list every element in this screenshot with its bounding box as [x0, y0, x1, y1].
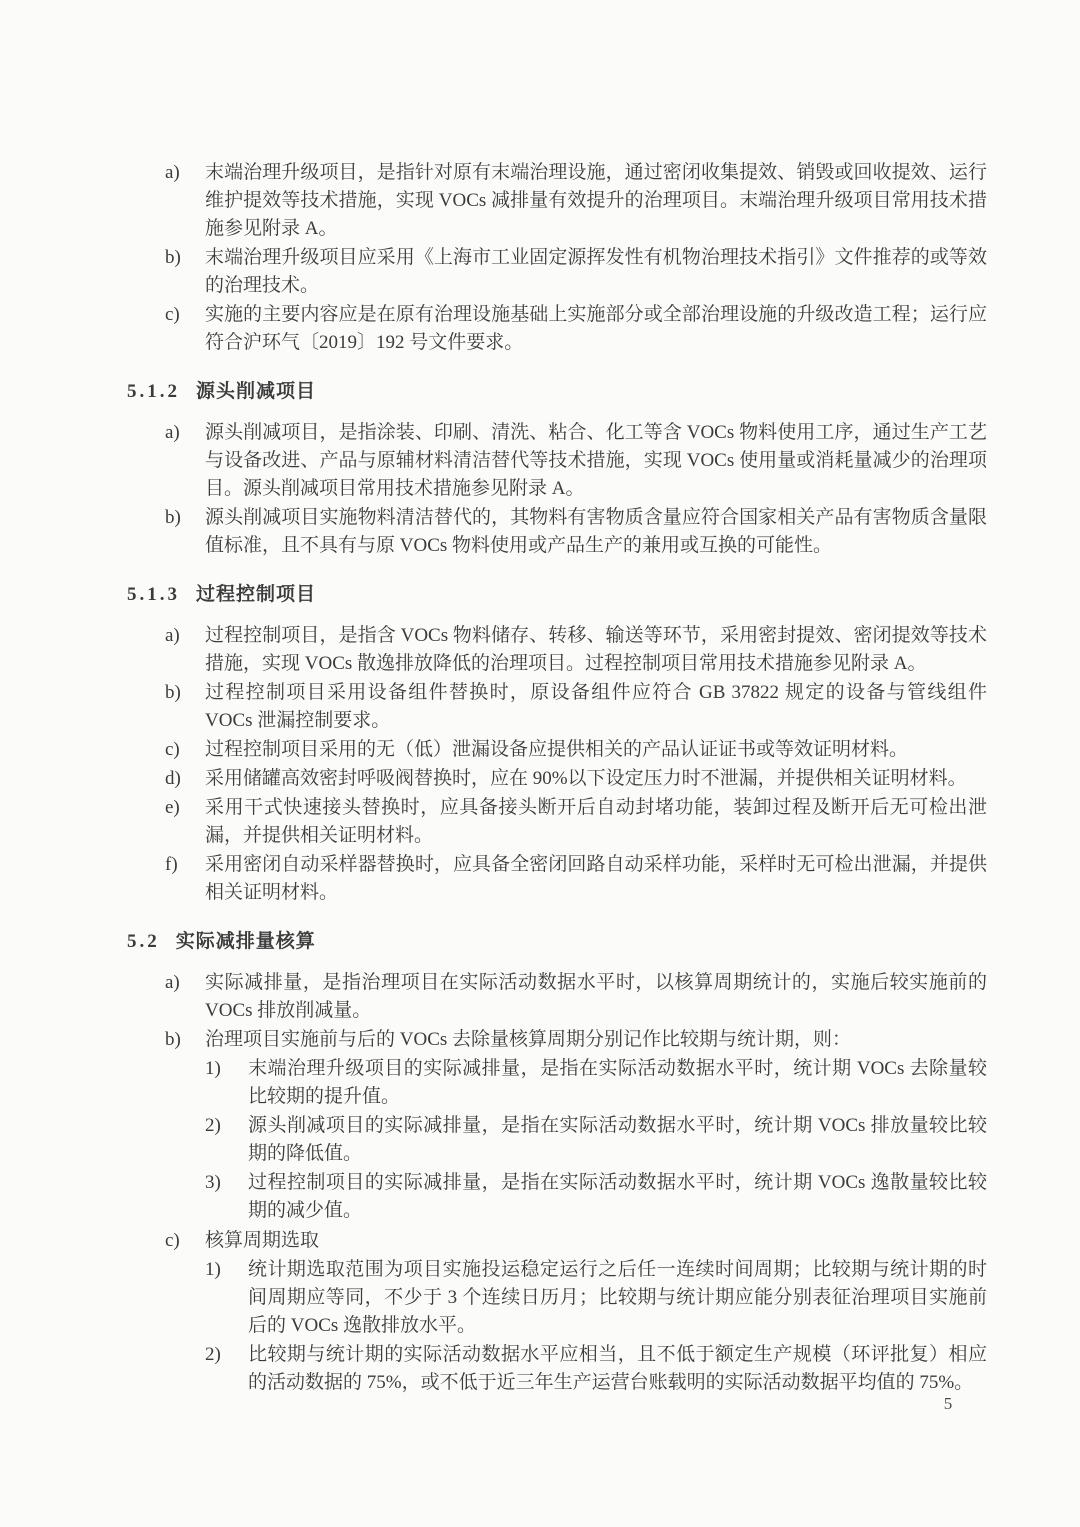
item-label: c)	[165, 1227, 205, 1398]
item-text: 采用干式快速接头替换时，应具备接头断开后自动封堵功能，装卸过程及断开后无可检出泄…	[205, 794, 987, 850]
section-title: 源头削减项目	[196, 381, 316, 402]
item-text: 实施的主要内容应是在原有治理设施基础上实施部分或全部治理设施的升级改造工程；运行…	[205, 301, 987, 357]
subitem-text: 末端治理升级项目的实际减排量，是指在实际活动数据水平时，统计期 VOCs 去除量…	[248, 1055, 987, 1111]
page-number: 5	[908, 1394, 988, 1414]
list-item-a: a) 实际减排量，是指治理项目在实际活动数据水平时，以核算周期统计的，实施后较实…	[165, 969, 987, 1025]
list-item-e: e) 采用干式快速接头替换时，应具备接头断开后自动封堵功能，装卸过程及断开后无可…	[165, 794, 987, 850]
list-item-b: b) 治理项目实施前与后的 VOCs 去除量核算周期分别记作比较期与统计期，则：…	[165, 1026, 987, 1226]
section-heading-5-1-3: 5.1.3过程控制项目	[127, 581, 987, 609]
section-5-2-list: a) 实际减排量，是指治理项目在实际活动数据水平时，以核算周期统计的，实施后较实…	[165, 969, 987, 1398]
list-item-a: a) 源头削减项目，是指涂装、印刷、清洗、粘合、化工等含 VOCs 物料使用工序…	[165, 419, 987, 503]
item-label: b)	[165, 244, 205, 300]
list-item-c: c) 核算周期选取 1) 统计期选取范围为项目实施投运稳定运行之后任一连续时间周…	[165, 1227, 987, 1398]
item-label: b)	[165, 1026, 205, 1226]
sublist-item-1: 1) 末端治理升级项目的实际减排量，是指在实际活动数据水平时，统计期 VOCs …	[205, 1055, 987, 1111]
item-text: 过程控制项目采用的无（低）泄漏设备应提供相关的产品认证证书或等效证明材料。	[205, 736, 987, 764]
item-text: 末端治理升级项目应采用《上海市工业固定源挥发性有机物治理技术指引》文件推荐的或等…	[205, 244, 987, 300]
item-text: 治理项目实施前与后的 VOCs 去除量核算周期分别记作比较期与统计期，则：	[205, 1026, 987, 1054]
list-item-f: f) 采用密闭自动采样器替换时，应具备全密闭回路自动采样功能，采样时无可检出泄漏…	[165, 851, 987, 907]
list-item-c: c) 过程控制项目采用的无（低）泄漏设备应提供相关的产品认证证书或等效证明材料。	[165, 736, 987, 764]
section-title: 实际减排量核算	[176, 931, 316, 952]
sublist-item-1: 1) 统计期选取范围为项目实施投运稳定运行之后任一连续时间周期；比较期与统计期的…	[205, 1256, 987, 1340]
section-heading-5-2: 5.2实际减排量核算	[127, 928, 987, 956]
item-label: c)	[165, 736, 205, 764]
subitem-text: 比较期与统计期的实际活动数据水平应相当，且不低于额定生产规模（环评批复）相应的活…	[248, 1341, 987, 1397]
sublist-item-2: 2) 比较期与统计期的实际活动数据水平应相当，且不低于额定生产规模（环评批复）相…	[205, 1341, 987, 1397]
item-text: 末端治理升级项目，是指针对原有末端治理设施，通过密闭收集提效、销毁或回收提效、运…	[205, 159, 987, 243]
item-text: 实际减排量，是指治理项目在实际活动数据水平时，以核算周期统计的，实施后较实施前的…	[205, 969, 987, 1025]
list-item-c: c) 实施的主要内容应是在原有治理设施基础上实施部分或全部治理设施的升级改造工程…	[165, 301, 987, 357]
item-label: b)	[165, 504, 205, 560]
sublist-item-2: 2) 源头削减项目的实际减排量，是指在实际活动数据水平时，统计期 VOCs 排放…	[205, 1112, 987, 1168]
subitem-text: 过程控制项目的实际减排量，是指在实际活动数据水平时，统计期 VOCs 逸散量较比…	[248, 1169, 987, 1225]
item-text: 源头削减项目，是指涂装、印刷、清洗、粘合、化工等含 VOCs 物料使用工序，通过…	[205, 419, 987, 503]
section-heading-5-1-2: 5.1.2源头削减项目	[127, 378, 987, 406]
item-text: 源头削减项目实施物料清洁替代的，其物料有害物质含量应符合国家相关产品有害物质含量…	[205, 504, 987, 560]
section-number: 5.1.2	[127, 378, 180, 406]
item-label: f)	[165, 851, 205, 907]
item-text: 采用密闭自动采样器替换时，应具备全密闭回路自动采样功能，采样时无可检出泄漏，并提…	[205, 851, 987, 907]
section-5-1-3-list: a) 过程控制项目，是指含 VOCs 物料储存、转移、输送等环节，采用密封提效、…	[165, 622, 987, 907]
item-text: 核算周期选取	[205, 1227, 987, 1255]
list-item-b: b) 末端治理升级项目应采用《上海市工业固定源挥发性有机物治理技术指引》文件推荐…	[165, 244, 987, 300]
sublist: 1) 统计期选取范围为项目实施投运稳定运行之后任一连续时间周期；比较期与统计期的…	[205, 1256, 987, 1397]
item-text: 过程控制项目，是指含 VOCs 物料储存、转移、输送等环节，采用密封提效、密闭提…	[205, 622, 987, 678]
section-number: 5.2	[127, 928, 160, 956]
item-label: c)	[165, 301, 205, 357]
subitem-text: 源头削减项目的实际减排量，是指在实际活动数据水平时，统计期 VOCs 排放量较比…	[248, 1112, 987, 1168]
item-label: e)	[165, 794, 205, 850]
document-content: a) 末端治理升级项目，是指针对原有末端治理设施，通过密闭收集提效、销毁或回收提…	[127, 158, 987, 1399]
sublist: 1) 末端治理升级项目的实际减排量，是指在实际活动数据水平时，统计期 VOCs …	[205, 1055, 987, 1225]
section-5-1-2-list: a) 源头削减项目，是指涂装、印刷、清洗、粘合、化工等含 VOCs 物料使用工序…	[165, 419, 987, 560]
subitem-label: 3)	[205, 1169, 248, 1225]
list-item-d: d) 采用储罐高效密封呼吸阀替换时，应在 90%以下设定压力时不泄漏，并提供相关…	[165, 765, 987, 793]
list-item-a: a) 末端治理升级项目，是指针对原有末端治理设施，通过密闭收集提效、销毁或回收提…	[165, 159, 987, 243]
item-text: 过程控制项目采用设备组件替换时，原设备组件应符合 GB 37822 规定的设备与…	[205, 679, 987, 735]
item-label: a)	[165, 419, 205, 503]
list-item-b: b) 过程控制项目采用设备组件替换时，原设备组件应符合 GB 37822 规定的…	[165, 679, 987, 735]
subitem-label: 2)	[205, 1341, 248, 1397]
document-page: a) 末端治理升级项目，是指针对原有末端治理设施，通过密闭收集提效、销毁或回收提…	[0, 0, 1080, 1527]
item-body: 核算周期选取 1) 统计期选取范围为项目实施投运稳定运行之后任一连续时间周期；比…	[205, 1227, 987, 1398]
item-label: d)	[165, 765, 205, 793]
item-text: 采用储罐高效密封呼吸阀替换时，应在 90%以下设定压力时不泄漏，并提供相关证明材…	[205, 765, 987, 793]
item-label: a)	[165, 159, 205, 243]
section-title: 过程控制项目	[196, 584, 316, 605]
sublist-item-3: 3) 过程控制项目的实际减排量，是指在实际活动数据水平时，统计期 VOCs 逸散…	[205, 1169, 987, 1225]
item-label: a)	[165, 969, 205, 1025]
intro-list: a) 末端治理升级项目，是指针对原有末端治理设施，通过密闭收集提效、销毁或回收提…	[165, 159, 987, 357]
item-label: b)	[165, 679, 205, 735]
list-item-b: b) 源头削减项目实施物料清洁替代的，其物料有害物质含量应符合国家相关产品有害物…	[165, 504, 987, 560]
list-item-a: a) 过程控制项目，是指含 VOCs 物料储存、转移、输送等环节，采用密封提效、…	[165, 622, 987, 678]
subitem-label: 2)	[205, 1112, 248, 1168]
subitem-label: 1)	[205, 1055, 248, 1111]
subitem-text: 统计期选取范围为项目实施投运稳定运行之后任一连续时间周期；比较期与统计期的时间周…	[248, 1256, 987, 1340]
section-number: 5.1.3	[127, 581, 180, 609]
item-body: 治理项目实施前与后的 VOCs 去除量核算周期分别记作比较期与统计期，则： 1)…	[205, 1026, 987, 1226]
item-label: a)	[165, 622, 205, 678]
subitem-label: 1)	[205, 1256, 248, 1340]
